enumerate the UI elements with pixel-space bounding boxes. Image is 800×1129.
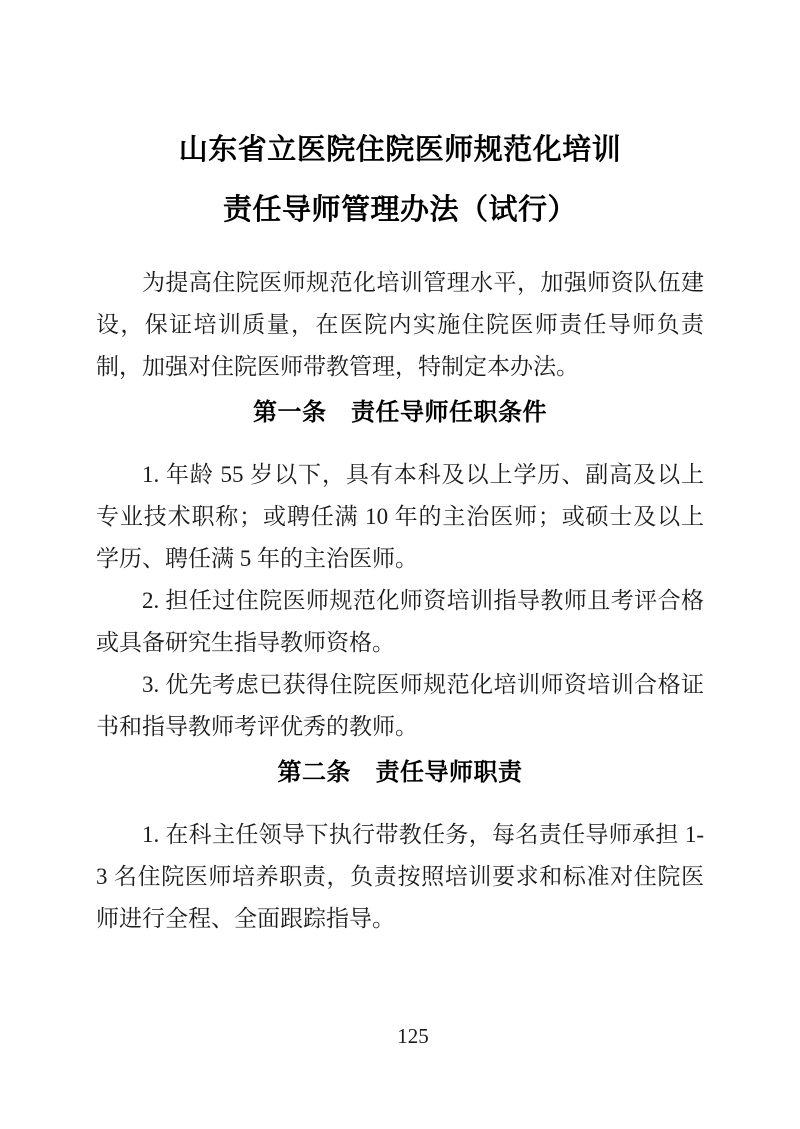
title-line-1: 山东省立医院住院医师规范化培训 <box>96 120 704 180</box>
section-1-paragraph-2: 2. 担任过住院医师规范化师资培训指导教师且考评合格或具备研究生指导教师资格。 <box>96 580 704 664</box>
document-title: 山东省立医院住院医师规范化培训 责任导师管理办法（试行） <box>96 120 704 240</box>
section-1-paragraph-3: 3. 优先考虑已获得住院医师规范化培训师资培训合格证书和指导教师考评优秀的教师。 <box>96 664 704 748</box>
title-line-2: 责任导师管理办法（试行） <box>96 180 704 240</box>
section-2-heading: 第二条 责任导师职责 <box>96 752 704 794</box>
intro-paragraph: 为提高住院医师规范化培训管理水平，加强师资队伍建设，保证培训质量，在医院内实施住… <box>96 262 704 388</box>
section-2-paragraph-1: 1. 在科主任领导下执行带教任务，每名责任导师承担 1-3 名住院医师培养职责，… <box>96 814 704 940</box>
document-page: 山东省立医院住院医师规范化培训 责任导师管理办法（试行） 为提高住院医师规范化培… <box>0 0 800 1129</box>
section-1-paragraph-1: 1. 年龄 55 岁以下，具有本科及以上学历、副高及以上专业技术职称；或聘任满 … <box>96 454 704 580</box>
section-1-heading: 第一条 责任导师任职条件 <box>96 392 704 434</box>
page-number: 125 <box>0 1024 800 1048</box>
document-content: 山东省立医院住院医师规范化培训 责任导师管理办法（试行） 为提高住院医师规范化培… <box>0 0 800 940</box>
